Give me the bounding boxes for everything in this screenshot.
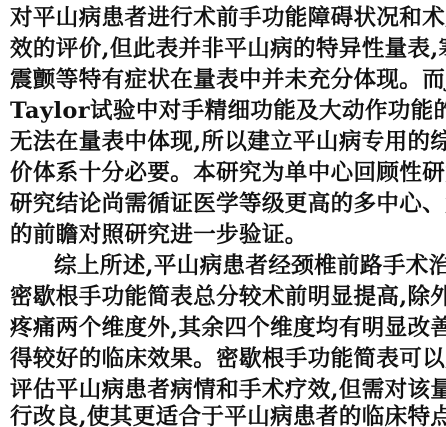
text-line: 疼痛两个维度外,其余四个维度均有明显改善,取 — [10, 313, 438, 343]
text-line: 效的评价,但此表并非平山病的特异性量表,寒冷 — [10, 34, 438, 64]
text-line: 震颤等特有症状在量表中并未充分体现。而Jebsen- — [10, 65, 438, 95]
text-line: 行改良,使其更适合于平山病患者的临床特点。 — [10, 402, 438, 427]
text-line: 研究结论尚需循证医学等级更高的多中心、大样本 — [10, 189, 438, 219]
text-line: 价体系十分必要。本研究为单中心回顾性研究,本 — [10, 158, 438, 188]
text-line: 无法在量表中体现,所以建立平山病专用的综合评 — [10, 127, 438, 157]
text-line: 的前瞻对照研究进一步验证。 — [10, 220, 438, 250]
text-line: Taylor试验中对手精细功能及大动作功能的描述也 — [10, 96, 438, 126]
text-line: 评估平山病患者病情和手术疗效,但需对该量表进 — [10, 375, 438, 405]
text-line: 综上所述,平山病患者经颈椎前路手术治疗后 — [54, 251, 438, 281]
text-line: 对平山病患者进行术前手功能障碍状况和术后疗 — [10, 3, 438, 33]
text-line: 得较好的临床效果。密歇根手功能简表可以用来 — [10, 344, 438, 374]
text-line: 密歇根手功能简表总分较术前明显提高,除外观和 — [10, 282, 438, 312]
document-page: 对平山病患者进行术前手功能障碍状况和术后疗 效的评价,但此表并非平山病的特异性量… — [0, 0, 446, 427]
